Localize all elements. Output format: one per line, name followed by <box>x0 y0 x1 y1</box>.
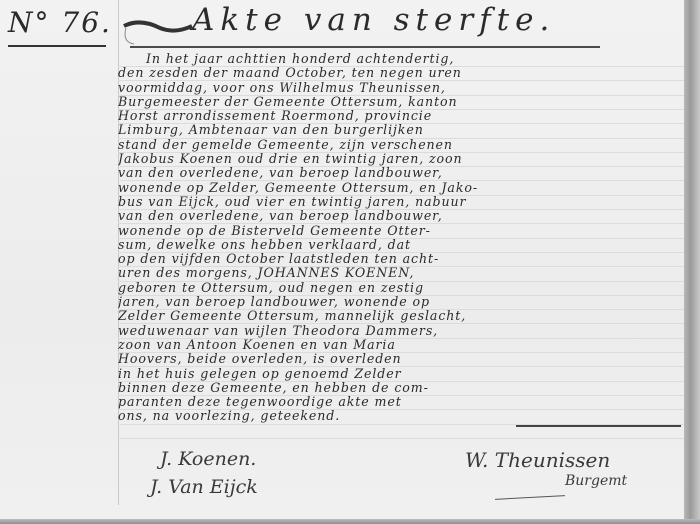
body-line: uren des morgens, JOHANNES KOENEN, <box>118 266 684 280</box>
title-flourish-icon <box>120 16 195 46</box>
body-line: voormiddag, voor ons Wilhelmus Theunisse… <box>118 81 684 95</box>
body-line: geboren te Ottersum, oud negen en zestig <box>118 281 684 295</box>
body-line: zoon van Antoon Koenen en van Maria <box>118 338 684 352</box>
signature-witness-2: J. Van Eijck <box>150 476 258 498</box>
body-line: den zesden der maand October, ten negen … <box>118 66 684 80</box>
signature-official: W. Theunissen <box>465 448 610 472</box>
body-line: In het jaar achttien honderd achtenderti… <box>118 52 684 66</box>
body-line: wonende op de Bisterveld Gemeente Otter- <box>118 224 684 238</box>
title-underline <box>130 46 600 48</box>
page-edge-bottom <box>0 519 700 524</box>
body-line: bus van Eijck, oud vier en twintig jaren… <box>118 195 684 209</box>
body-line: wonende op Zelder, Gemeente Ottersum, en… <box>118 181 684 195</box>
body-line: paranten deze tegenwoordige akte met <box>118 395 684 409</box>
closing-rule <box>516 425 681 427</box>
document-title: Akte van sterfte. <box>192 2 555 38</box>
body-line: van den overledene, van beroep landbouwe… <box>118 166 684 180</box>
record-number-underline <box>8 45 106 47</box>
signature-official-title: Burgemt <box>565 473 627 489</box>
record-number: N° 76. <box>8 6 112 39</box>
page-edge-right <box>684 0 700 524</box>
record-body: In het jaar achttien honderd achtenderti… <box>118 52 684 424</box>
body-line: weduwenaar van wijlen Theodora Dammers, <box>118 324 684 338</box>
body-line: stand der gemelde Gemeente, zijn versche… <box>118 138 684 152</box>
signature-witness-1: J. Koenen. <box>160 448 256 470</box>
ruled-line <box>118 438 684 439</box>
body-line: Hoovers, beide overleden, is overleden <box>118 352 684 366</box>
body-line: Burgemeester der Gemeente Ottersum, kant… <box>118 95 684 109</box>
body-line: jaren, van beroep landbouwer, wonende op <box>118 295 684 309</box>
body-line: in het huis gelegen op genoemd Zelder <box>118 367 684 381</box>
body-line: op den vijfden October laatstleden ten a… <box>118 252 684 266</box>
body-line: ons, na voorlezing, geteekend. <box>118 409 684 423</box>
body-line: van den overledene, van beroep landbouwe… <box>118 209 684 223</box>
body-line: Horst arrondissement Roermond, provincie <box>118 109 684 123</box>
body-line: Limburg, Ambtenaar van den burgerlijken <box>118 123 684 137</box>
body-line: sum, dewelke ons hebben verklaard, dat <box>118 238 684 252</box>
body-line: Jakobus Koenen oud drie en twintig jaren… <box>118 152 684 166</box>
body-line: Zelder Gemeente Ottersum, mannelijk gesl… <box>118 309 684 323</box>
body-line: binnen deze Gemeente, en hebben de com- <box>118 381 684 395</box>
